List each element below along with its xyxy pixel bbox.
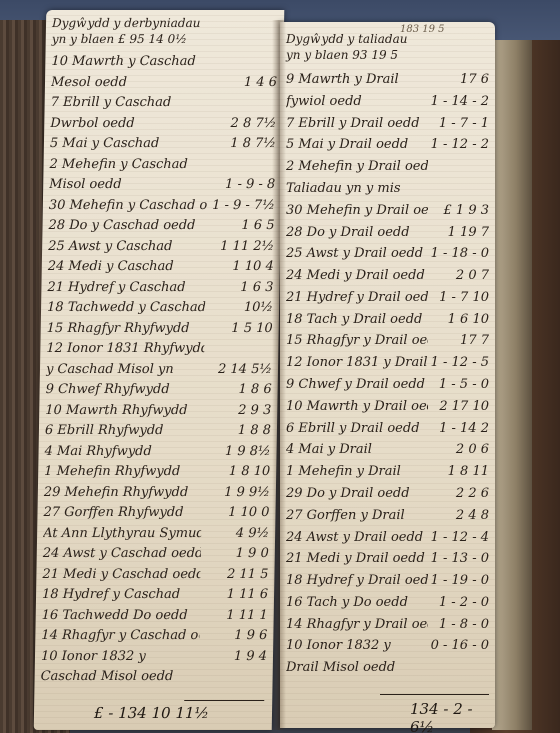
entry-description: 5 Mai y Drail oedd <box>286 137 408 152</box>
entry-amount: 1 11 2½ <box>220 239 274 254</box>
left-heading-1: Dygŵydd y derbyniadau <box>52 16 278 30</box>
ledger-entry: 7 Ebrill y Drail oedd1 - 7 - 1 <box>286 116 489 131</box>
ledger-entry: Misol oedd1 - 9 - 8 <box>49 177 275 192</box>
ledger-entry: 15 Rhagfyr y Drail oedd17 7 <box>286 333 489 348</box>
entry-amount: 2 8 7½ <box>230 116 276 131</box>
ledger-entry: 27 Gorffen y Drail2 4 8 <box>286 508 489 523</box>
entry-description: 21 Hydref y Drail oedd <box>286 290 428 305</box>
entry-description: 27 Gorffen y Drail <box>286 508 405 523</box>
ledger-entry: 24 Medi y Drail oedd2 0 7 <box>286 268 489 283</box>
entry-description: Mesol oedd <box>51 75 127 90</box>
entry-description: y Caschad Misol yn <box>46 362 174 377</box>
ledger-entry: 14 Rhagfyr y Drail oedd1 - 8 - 0 <box>286 617 489 632</box>
entry-description: 16 Tachwedd Do oedd <box>42 608 188 623</box>
entry-description: 28 Do y Drail oedd <box>286 225 410 240</box>
ledger-entry: 9 Chwef y Drail oedd1 - 5 - 0 <box>286 377 489 392</box>
entry-amount: 1 - 12 - 4 <box>431 530 489 545</box>
entry-description: 15 Rhagfyr y Drail oedd <box>286 333 428 348</box>
ledger-entry: 9 Chwef Rhyfwydd1 8 6 <box>46 382 272 397</box>
ledger-entry: 18 Hydref y Caschad1 11 6 <box>42 587 268 602</box>
entry-amount: 1 9 6 <box>234 628 267 643</box>
entry-description: Dwrbol oedd <box>50 116 135 131</box>
ledger-entry: At Ann Llythyrau Symud4 9½ <box>43 526 269 541</box>
entry-description: 6 Ebrill Rhyfwydd <box>45 423 164 438</box>
total-rule <box>184 700 264 701</box>
ledger-entry: 1 Mehefin y Drail1 8 11 <box>286 464 489 479</box>
entry-description: 7 Ebrill y Caschad <box>51 95 172 110</box>
entry-description: 30 Mehefin y Caschad oedd <box>49 198 207 213</box>
entry-description: 5 Mai y Caschad <box>50 136 160 151</box>
ledger-entry: 6 Ebrill Rhyfwydd1 8 8 <box>45 423 271 438</box>
left-total: £ - 134 10 11½ <box>94 704 209 722</box>
entry-description: 18 Tach y Drail oedd <box>286 312 422 327</box>
entry-description: 30 Mehefin y Drail oedd <box>286 203 428 218</box>
page-edges-right <box>492 40 532 730</box>
entry-description: fywiol oedd <box>286 94 362 109</box>
heading-text: Dygŵydd y taliadau <box>286 32 407 46</box>
ledger-entry: 14 Rhagfyr y Caschad oedd1 9 6 <box>41 628 267 643</box>
entry-description: 18 Hydref y Drail oedd <box>286 573 428 588</box>
heading-text: Dygŵydd y derbyniadau <box>52 16 201 30</box>
ledger-entry: Taliadau yn y mis <box>286 181 489 196</box>
entry-amount: 1 - 18 - 0 <box>431 246 489 261</box>
entry-amount: 1 11 1 <box>226 608 268 623</box>
entry-description: Caschad Misol oedd <box>41 669 174 684</box>
entry-amount: 1 6 5 <box>241 218 274 233</box>
ledger-entry: 21 Hydref y Caschad1 6 3 <box>47 280 273 295</box>
entry-amount: 2 4 8 <box>456 508 489 523</box>
ledger-entry: Dwrbol oedd2 8 7½ <box>50 116 276 131</box>
ledger-entry: 25 Awst y Drail oedd1 - 18 - 0 <box>286 246 489 261</box>
book-gutter <box>272 20 286 730</box>
entry-description: 12 Ionor 1831 Rhyfwydd <box>46 341 204 356</box>
entry-amount: 1 11 6 <box>227 587 269 602</box>
entry-amount: 1 10 4 <box>232 259 274 274</box>
entry-description: 2 Mehefin y Drail oedd <box>286 159 428 174</box>
entry-description: 9 Chwef y Drail oedd <box>286 377 425 392</box>
ledger-entry: 5 Mai y Drail oedd1 - 12 - 2 <box>286 137 489 152</box>
entry-amount: 1 - 9 - 8 <box>225 177 275 192</box>
entry-amount: 2 9 3 <box>238 403 271 418</box>
ledger-entry: 21 Hydref y Drail oedd1 - 7 10 <box>286 290 489 305</box>
ledger-entry: 29 Mehefin Rhyfwydd1 9 9½ <box>44 485 270 500</box>
entry-description: Misol oedd <box>49 177 122 192</box>
entry-description: 24 Medi y Drail oedd <box>286 268 425 283</box>
entry-amount: 1 - 7 - 1 <box>439 116 489 131</box>
ledger-entry: 12 Ionor 1831 y Drail oedd1 - 12 - 5 <box>286 355 489 370</box>
entry-description: 29 Do y Drail oedd <box>286 486 410 501</box>
ledger-entry: 7 Ebrill y Caschad <box>51 95 277 110</box>
entry-description: 2 Mehefin y Caschad <box>49 157 187 172</box>
ledger-entry: y Caschad Misol yn2 14 5½ <box>46 362 272 377</box>
entry-amount: 1 - 13 - 0 <box>431 551 489 566</box>
entry-amount: 1 9 9½ <box>224 485 270 500</box>
entry-description: 9 Chwef Rhyfwydd <box>46 382 170 397</box>
ledger-entry: Mesol oedd1 4 6 <box>51 75 277 90</box>
ledger-entry: 12 Ionor 1831 Rhyfwydd <box>46 341 272 356</box>
entry-amount: 1 9 4 <box>234 649 267 664</box>
entry-description: 27 Gorffen Rhyfwydd <box>43 505 183 520</box>
entry-description: 9 Mawrth y Drail <box>286 72 399 87</box>
entry-amount: 1 8 7½ <box>230 136 276 151</box>
entry-amount: 2 0 7 <box>456 268 489 283</box>
entry-description: 6 Ebrill y Drail oedd <box>286 421 420 436</box>
ledger-entry: 2 Mehefin y Caschad <box>49 157 275 172</box>
ledger-page-right: 183 19 5 Dygŵydd y taliadau yn y blaen 9… <box>280 22 495 728</box>
ledger-entry: 10 Mawrth Rhyfwydd2 9 3 <box>45 403 271 418</box>
ledger-entry: 18 Tachwedd y Caschad10½ <box>47 300 273 315</box>
entry-amount: 1 8 11 <box>448 464 489 479</box>
entry-description: 14 Rhagfyr y Caschad oedd <box>41 628 199 643</box>
ledger-entry: 30 Mehefin y Drail oedd£ 1 9 3 <box>286 203 489 218</box>
entry-description: 24 Awst y Caschad oedd <box>43 546 201 561</box>
ledger-entry: 2 Mehefin y Drail oedd <box>286 159 489 174</box>
left-entries: Dygŵydd y derbyniadau yn y blaen £ 95 14… <box>34 10 285 730</box>
entry-description: 29 Mehefin Rhyfwydd <box>44 485 189 500</box>
entry-description: Drail Misol oedd <box>286 660 395 675</box>
entry-amount: 17 7 <box>460 333 489 348</box>
entry-amount: 1 - 9 - 7½ <box>212 198 275 213</box>
ledger-entry: 28 Do y Drail oedd1 19 7 <box>286 225 489 240</box>
entry-description: 10 Mawrth Rhyfwydd <box>45 403 188 418</box>
ledger-entry: 21 Medi y Drail oedd1 - 13 - 0 <box>286 551 489 566</box>
entry-amount: 1 - 14 - 2 <box>431 94 489 109</box>
entry-description: 10 Mawrth y Drail oedd <box>286 399 428 414</box>
ledger-entry: 10 Ionor 1832 y0 - 16 - 0 <box>286 638 489 653</box>
entry-amount: 10½ <box>244 300 273 315</box>
ledger-entry: 27 Gorffen Rhyfwydd1 10 0 <box>43 505 269 520</box>
entry-amount: 4 9½ <box>236 526 270 541</box>
entry-description: 10 Ionor 1832 y <box>286 638 391 653</box>
ledger-entry: 21 Medi y Caschad oedd2 11 5 <box>42 567 268 582</box>
entry-amount: 0 - 16 - 0 <box>431 638 489 653</box>
entry-amount: 1 - 2 - 0 <box>439 595 489 610</box>
ledger-entry: fywiol oedd1 - 14 - 2 <box>286 94 489 109</box>
ledger-entry: 15 Rhagfyr Rhyfwydd1 5 10 <box>47 321 273 336</box>
ledger-entry: 25 Awst y Caschad1 11 2½ <box>48 239 274 254</box>
ledger-entry: 24 Medi y Caschad1 10 4 <box>48 259 274 274</box>
entry-amount: 2 2 6 <box>456 486 489 501</box>
total-rule <box>380 694 489 695</box>
entry-description: 4 Mai Rhyfwydd <box>44 444 151 459</box>
entry-amount: 1 8 6 <box>238 382 271 397</box>
entry-description: 12 Ionor 1831 y Drail oedd <box>286 355 428 370</box>
entry-description: 21 Medi y Caschad oedd <box>42 567 200 582</box>
ledger-entry: 1 Mehefin Rhyfwydd1 8 10 <box>44 464 270 479</box>
ledger-entry: Drail Misol oedd <box>286 660 489 675</box>
entry-amount: 2 11 5 <box>227 567 269 582</box>
entry-amount: 1 6 3 <box>240 280 273 295</box>
right-entries: Dygŵydd y taliadau yn y blaen 93 19 5 9 … <box>280 22 495 728</box>
ledger-entry: 16 Tachwedd Do oedd1 11 1 <box>42 608 268 623</box>
entry-description: 24 Medi y Caschad <box>48 259 174 274</box>
entry-description: 18 Hydref y Caschad <box>42 587 180 602</box>
entry-amount: 1 - 5 - 0 <box>439 377 489 392</box>
ledger-entry: 10 Mawrth y Caschad <box>51 54 277 69</box>
entry-amount: 1 - 8 - 0 <box>439 617 489 632</box>
ledger-entry: 10 Mawrth y Drail oedd2 17 10 <box>286 399 489 414</box>
ledger-entry: 28 Do y Caschad oedd1 6 5 <box>48 218 274 233</box>
entry-amount: 1 5 10 <box>231 321 273 336</box>
right-heading-1: Dygŵydd y taliadau <box>286 32 489 46</box>
entry-description: At Ann Llythyrau Symud <box>43 526 201 541</box>
heading-text: yn y blaen 93 19 5 <box>286 48 398 62</box>
entry-amount: 1 8 10 <box>229 464 271 479</box>
ledger-entry: 29 Do y Drail oedd2 2 6 <box>286 486 489 501</box>
ledger-entry: 24 Awst y Drail oedd1 - 12 - 4 <box>286 530 489 545</box>
ledger-entry: 6 Ebrill y Drail oedd1 - 14 2 <box>286 421 489 436</box>
entry-description: 1 Mehefin y Drail <box>286 464 401 479</box>
ledger-entry: 4 Mai Rhyfwydd1 9 8½ <box>44 444 270 459</box>
entry-amount: 1 6 10 <box>448 312 489 327</box>
entry-amount: 1 9 8½ <box>225 444 271 459</box>
entry-amount: 1 - 12 - 5 <box>431 355 489 370</box>
entry-description: 24 Awst y Drail oedd <box>286 530 423 545</box>
ledger-entry: 10 Ionor 1832 y1 9 4 <box>41 649 267 664</box>
ledger-entry: 9 Mawrth y Drail17 6 <box>286 72 489 87</box>
entry-description: 18 Tachwedd y Caschad <box>47 300 205 315</box>
entry-amount: £ 1 9 3 <box>444 203 489 218</box>
ledger-entry: 18 Hydref y Drail oedd1 - 19 - 0 <box>286 573 489 588</box>
entry-amount: 1 8 8 <box>238 423 271 438</box>
entry-description: 1 Mehefin Rhyfwydd <box>44 464 180 479</box>
entry-description: 10 Mawrth y Caschad <box>51 54 196 69</box>
entry-description: 15 Rhagfyr Rhyfwydd <box>47 321 190 336</box>
heading-text: yn y blaen £ 95 14 0½ <box>52 32 187 46</box>
ledger-page-left: Dygŵydd y derbyniadau yn y blaen £ 95 14… <box>34 10 285 730</box>
entry-description: 7 Ebrill y Drail oedd <box>286 116 420 131</box>
ledger-entry: 24 Awst y Caschad oedd1 9 0 <box>43 546 269 561</box>
ledger-entry: 30 Mehefin y Caschad oedd1 - 9 - 7½ <box>49 198 275 213</box>
right-heading-2: yn y blaen 93 19 5 <box>286 48 489 62</box>
entry-description: 21 Medi y Drail oedd <box>286 551 425 566</box>
entry-amount: 1 - 19 - 0 <box>431 573 489 588</box>
entry-description: 25 Awst y Drail oedd <box>286 246 423 261</box>
ledger-entry: 18 Tach y Drail oedd1 6 10 <box>286 312 489 327</box>
entry-description: 16 Tach y Do oedd <box>286 595 408 610</box>
ledger-entry: 16 Tach y Do oedd1 - 2 - 0 <box>286 595 489 610</box>
entry-description: 4 Mai y Drail <box>286 442 372 457</box>
entry-description: 10 Ionor 1832 y <box>41 649 146 664</box>
entry-amount: 2 0 6 <box>456 442 489 457</box>
entry-amount: 17 6 <box>460 72 489 87</box>
entry-amount: 1 9 0 <box>236 546 269 561</box>
entry-amount: 1 19 7 <box>448 225 489 240</box>
entry-description: 21 Hydref y Caschad <box>47 280 185 295</box>
entry-amount: 1 - 7 10 <box>439 290 489 305</box>
entry-description: 14 Rhagfyr y Drail oedd <box>286 617 428 632</box>
entry-amount: 2 17 10 <box>439 399 489 414</box>
entry-amount: 1 10 0 <box>228 505 270 520</box>
entry-description: 25 Awst y Caschad <box>48 239 172 254</box>
entry-description: 28 Do y Caschad oedd <box>48 218 195 233</box>
entry-amount: 1 - 14 2 <box>439 421 489 436</box>
ledger-entry: Caschad Misol oedd <box>41 669 267 684</box>
left-heading-2: yn y blaen £ 95 14 0½ <box>52 32 278 46</box>
entry-amount: 2 14 5½ <box>218 362 272 377</box>
entry-description: Taliadau yn y mis <box>286 181 401 196</box>
entry-amount: 1 - 12 - 2 <box>431 137 489 152</box>
ledger-entry: 5 Mai y Caschad1 8 7½ <box>50 136 276 151</box>
right-total: 134 - 2 - 6½ <box>410 700 495 733</box>
ledger-entry: 4 Mai y Drail2 0 6 <box>286 442 489 457</box>
